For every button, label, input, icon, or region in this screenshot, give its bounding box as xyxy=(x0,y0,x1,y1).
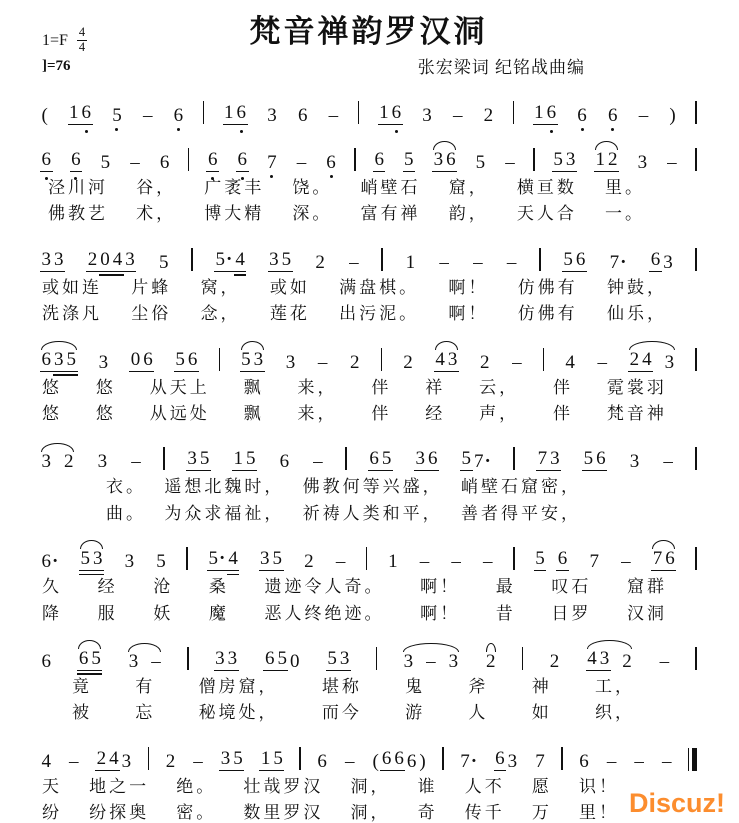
lyric-segment: 奇 xyxy=(418,803,438,823)
note: 5 xyxy=(326,649,339,671)
lyric-segment: 念， xyxy=(201,304,241,324)
note-group: – xyxy=(620,542,633,571)
note-group: 53 xyxy=(326,639,351,671)
note-group: 3–3 xyxy=(402,642,460,671)
note: 3 xyxy=(120,752,133,771)
lyric-line: 悠悠从远处飘来，伴经声，伴梵音神 xyxy=(40,404,697,424)
note: 6 xyxy=(40,150,53,172)
lyric-segment: 洞， xyxy=(351,777,391,797)
note: 6 xyxy=(606,106,619,125)
note-group: 35 xyxy=(219,739,244,771)
note-group: – xyxy=(334,542,347,571)
note: 3 xyxy=(40,250,53,272)
lyric-segment: 为众求福祉， xyxy=(164,504,284,524)
dash-note: – xyxy=(141,106,154,125)
lyric-segment: 霓裳羽 xyxy=(607,378,667,398)
lyric-line: 纷纷探奥密。数里罗汉洞，奇传千万里！ xyxy=(40,803,697,823)
lyric-segment: 梵音神 xyxy=(607,404,667,424)
note: 2 xyxy=(303,552,316,571)
lyric-segment: 妖 xyxy=(153,604,173,624)
note: 2 xyxy=(606,150,619,172)
dash-note: – xyxy=(129,153,142,172)
note: 7 xyxy=(266,153,279,172)
lyric-segment: 来， xyxy=(298,404,338,424)
note: 6 xyxy=(426,449,439,471)
note: 3 xyxy=(284,353,297,372)
note-group: ( xyxy=(40,96,49,125)
lyric-segment: 纷探奥 xyxy=(89,803,149,823)
note: 6 xyxy=(556,549,569,571)
note: 3 xyxy=(96,452,109,471)
note: 3 xyxy=(636,153,649,172)
note: 3 xyxy=(97,353,110,372)
note: 6 xyxy=(368,449,381,471)
lyric-segment: 里！ xyxy=(579,803,619,823)
note: 5 xyxy=(552,150,565,172)
lyric-line: 衣。遥想北魏时，佛教何等兴盛，峭壁石窟密， xyxy=(40,477,697,497)
note: 6 xyxy=(380,749,393,771)
note-group: 35 xyxy=(259,539,284,571)
note: 3 xyxy=(564,150,577,172)
note: 6 xyxy=(80,103,93,125)
lyric-segment: 祈祷人类和平， xyxy=(303,504,443,524)
note-group: 2 xyxy=(349,343,362,372)
note-group: 16 xyxy=(378,93,403,125)
lyric-segment: 忘 xyxy=(135,703,155,723)
lyric-segment: 曲。 xyxy=(106,504,146,524)
music-system: 33204355·4352–1–––567·63或如连片蜂窝，或如满盘棋。啊！仿… xyxy=(40,234,697,325)
note-group: 4 xyxy=(564,343,577,372)
note-group: – xyxy=(450,542,463,571)
augmentation-dot: · xyxy=(52,551,58,572)
lyric-segment: 竟 xyxy=(72,677,92,697)
barline xyxy=(695,101,697,124)
note: 3 xyxy=(268,250,281,272)
note-group: – xyxy=(605,742,618,771)
note-group: 7 xyxy=(588,542,601,571)
note: 3 xyxy=(506,752,519,771)
note: 5 xyxy=(65,350,78,372)
dash-note: – xyxy=(666,153,679,172)
note-group: – xyxy=(316,343,329,372)
note-group: 6 xyxy=(296,96,309,125)
lyric-segment: 悠 xyxy=(42,378,62,398)
lyric-segment: 谁 xyxy=(418,777,438,797)
lyric-line: 佛教艺术，博大精深。富有禅韵，天人合一。 xyxy=(40,204,697,224)
lyric-segment: 术， xyxy=(136,204,176,224)
barline xyxy=(543,348,545,371)
note-group: 73 xyxy=(536,439,561,471)
barline xyxy=(187,647,189,670)
note-group: 3 xyxy=(123,542,136,571)
note-group: 3 xyxy=(96,442,109,471)
barline xyxy=(345,447,347,470)
note-line: 665–6667–665365–53123– xyxy=(40,134,697,172)
lyric-line: 泾川河谷，广袤丰饶。峭壁石窟，横亘数里。 xyxy=(40,178,697,198)
barline xyxy=(381,248,383,271)
note-group: 6 xyxy=(578,742,591,771)
note-group: 6 xyxy=(40,642,53,671)
note: 6 xyxy=(186,350,199,372)
note-group: – xyxy=(658,642,671,671)
note: 3 xyxy=(447,652,460,671)
note-group: 6 xyxy=(236,140,249,172)
lyric-segment: 飘 xyxy=(244,404,264,424)
barline xyxy=(219,348,221,371)
note: 6 xyxy=(158,153,171,172)
note-group: ) xyxy=(668,96,677,125)
note: 1 xyxy=(404,253,417,272)
lyric-segment: 恶人终绝迹。 xyxy=(265,604,385,624)
note: 5· xyxy=(214,250,234,272)
note: 3 xyxy=(598,649,611,671)
barline xyxy=(186,547,188,570)
lyric-segment: 洗涤凡 xyxy=(42,304,102,324)
paren: ( xyxy=(371,752,380,771)
lyric-segment: 遥想北魏时， xyxy=(164,477,284,497)
note-group: – xyxy=(637,96,650,125)
barline xyxy=(695,447,697,470)
barline xyxy=(163,447,165,470)
note: 6 xyxy=(77,649,90,671)
note: 3 xyxy=(266,106,279,125)
barline xyxy=(191,248,193,271)
lyric-segment: 饶。 xyxy=(292,178,332,198)
lyric-segment: 悠 xyxy=(96,378,116,398)
note: 5 xyxy=(240,350,253,372)
lyric-segment: 数里罗汉 xyxy=(243,803,323,823)
augmentation-dot: · xyxy=(471,751,477,772)
lyric-line: 天地之一绝。壮哉罗汉洞，谁人不愿识！ xyxy=(40,777,697,797)
note: 1 xyxy=(259,749,272,771)
key-signature-block: 1=F 4 4 ]=76 xyxy=(42,26,87,75)
music-system: 323–35156–653657·73563–衣。遥想北魏时，佛教何等兴盛，峭壁… xyxy=(40,433,697,524)
note-group: 635 xyxy=(40,340,78,372)
note-group: – xyxy=(511,343,524,372)
lyric-segment: 云， xyxy=(479,378,519,398)
composer-credits: 张宏梁词 纪铭战曲编 xyxy=(40,53,697,77)
lyric-segment: 久 xyxy=(42,577,62,597)
lyric-line: 或如连片蜂窝，或如满盘棋。啊！仿佛有钟鼓， xyxy=(40,278,697,298)
note: 5 xyxy=(582,449,595,471)
note: 6 xyxy=(40,652,53,671)
note: 1 xyxy=(68,103,81,125)
note: 3 xyxy=(628,452,641,471)
note-group: – xyxy=(141,96,154,125)
note: 5 xyxy=(99,153,112,172)
lyric-segment: 仿佛有 xyxy=(518,278,578,298)
note: 3 xyxy=(124,250,137,272)
note: 5 xyxy=(232,749,245,771)
note-group: 36 xyxy=(432,140,457,172)
note: 3 xyxy=(127,652,140,671)
note-group: 3– xyxy=(127,642,162,671)
lyric-segment: 来， xyxy=(298,378,338,398)
lyric-line: 曲。为众求福祉，祈祷人类和平，善者得平安， xyxy=(40,504,697,524)
note: 2 xyxy=(63,452,76,471)
dash-note: – xyxy=(482,552,495,571)
lyric-segment: 日罗 xyxy=(551,604,591,624)
lyric-segment: 窟， xyxy=(449,178,489,198)
lyric-segment: 善者得平安， xyxy=(461,504,581,524)
note-group: 243 xyxy=(95,739,133,771)
lyric-segment: 叹石 xyxy=(551,577,591,597)
note-group: 2 xyxy=(303,542,316,571)
lyric-segment: 愿 xyxy=(532,777,552,797)
lyric-segment: 伴 xyxy=(371,404,391,424)
barline xyxy=(522,647,524,670)
note-group: – xyxy=(438,243,451,272)
note: 0 xyxy=(288,652,301,671)
augmentation-dot: · xyxy=(485,451,491,472)
note: 7 xyxy=(588,552,601,571)
augmentation-dot: · xyxy=(620,252,626,273)
lyric-segment: 僧房窟， xyxy=(199,677,279,697)
lyric-segment: 或如 xyxy=(270,278,310,298)
dash-note: – xyxy=(660,752,673,771)
note: 3 xyxy=(421,106,434,125)
note-line: 6653–33650533–322432– xyxy=(40,633,697,671)
note: 3 xyxy=(91,549,104,571)
note-group: 6 xyxy=(158,143,171,172)
note-group: 56 xyxy=(534,539,569,571)
lyric-segment: 莲花 xyxy=(270,304,310,324)
lyric-segment: 经 xyxy=(425,404,445,424)
note-group: 5 xyxy=(403,140,416,172)
lyric-segment: 里。 xyxy=(605,178,645,198)
dash-note: – xyxy=(505,253,518,272)
note-group: – xyxy=(418,542,431,571)
barline xyxy=(148,747,150,770)
dash-note: – xyxy=(450,552,463,571)
note: 5 xyxy=(272,749,285,771)
note: 3 xyxy=(414,449,427,471)
note: 6 xyxy=(296,106,309,125)
note: 6 xyxy=(278,452,291,471)
note: 1 xyxy=(533,103,546,125)
note: 6 xyxy=(236,150,249,172)
note: 2 xyxy=(402,353,415,372)
note-group: 2 xyxy=(548,642,561,671)
note: 2 xyxy=(314,253,327,272)
lyric-segment: 伴 xyxy=(371,378,391,398)
note: 5 xyxy=(174,350,187,372)
note-group: 53 xyxy=(240,340,265,372)
note-group: 2 xyxy=(479,343,492,372)
note: 0 xyxy=(129,350,142,372)
note-group: – xyxy=(660,742,673,771)
note-group: – xyxy=(130,442,143,471)
note-group: 7· xyxy=(608,243,628,272)
paren: ) xyxy=(668,106,677,125)
lyric-segment: 织， xyxy=(595,703,635,723)
note-group: (666) xyxy=(371,739,427,771)
note: 6 xyxy=(494,749,507,771)
lyric-segment: 桑 xyxy=(209,577,229,597)
note-group: 5 xyxy=(111,96,124,125)
note-group: 15 xyxy=(259,739,284,771)
lyric-segment: 伴 xyxy=(553,378,573,398)
note: 6 xyxy=(578,752,591,771)
barline xyxy=(695,647,697,670)
note: 7· xyxy=(473,452,493,471)
note-group: 56 xyxy=(174,340,199,372)
note-group: 2 xyxy=(314,243,327,272)
augmentation-dot: · xyxy=(226,249,232,270)
note: 7· xyxy=(459,752,479,771)
note: 3 xyxy=(549,449,562,471)
note-group: 12 xyxy=(594,140,619,172)
note-group: 6· xyxy=(40,542,60,571)
music-system: 63530656533–22432–4–243悠悠从天上飘来，伴祥云，伴霓裳羽悠… xyxy=(40,334,697,425)
note: 6 xyxy=(316,752,329,771)
note: 5 xyxy=(198,449,211,471)
note-group: 6 xyxy=(70,140,83,172)
paren: ) xyxy=(418,752,427,771)
note-line: (165–61636–163–21666–) xyxy=(40,87,697,125)
lyric-segment: 绝。 xyxy=(176,777,216,797)
lyric-segment: 飘 xyxy=(244,378,264,398)
note-group: 7· xyxy=(459,742,479,771)
music-system: 6653–33650533–322432–竟有僧房窟，堪称鬼斧神工，被忘秘境处，… xyxy=(40,633,697,724)
note: 3 xyxy=(40,452,53,471)
lyric-segment: 声， xyxy=(479,404,519,424)
note: 3 xyxy=(219,749,232,771)
note-group: 6 xyxy=(373,140,386,172)
note: 5 xyxy=(79,549,92,571)
note: 5 xyxy=(111,106,124,125)
note-line: 63530656533–22432–4–243 xyxy=(40,334,697,372)
note-group: – xyxy=(451,96,464,125)
note: 7 xyxy=(536,449,549,471)
note: 6 xyxy=(664,549,677,571)
barline xyxy=(539,248,541,271)
note-group: 5·4 xyxy=(207,539,239,571)
score: (165–61636–163–21666–)665–6667–665365–53… xyxy=(40,87,697,823)
note: 6 xyxy=(373,150,386,172)
note: 5 xyxy=(562,250,575,272)
note: 1 xyxy=(378,103,391,125)
note-group: 5 xyxy=(99,143,112,172)
note: 5 xyxy=(244,449,257,471)
barline xyxy=(695,148,697,171)
lyric-segment: 佛教何等兴盛， xyxy=(303,477,443,497)
lyric-segment: 降 xyxy=(42,604,62,624)
dash-note: – xyxy=(192,752,205,771)
note-group: – xyxy=(312,442,325,471)
lyric-line: 被忘秘境处，而今游人如织， xyxy=(40,703,697,723)
note-group: 3 xyxy=(421,96,434,125)
lyric-segment: 佛教艺 xyxy=(48,204,108,224)
note: 4 xyxy=(641,350,654,372)
note: 1 xyxy=(232,449,245,471)
note: 3 xyxy=(226,649,239,671)
note-group: 3 xyxy=(266,96,279,125)
lyric-segment: 斧 xyxy=(468,677,488,697)
note: 7· xyxy=(608,253,628,272)
note-line: 6·53355·4352–1–––567–76 xyxy=(40,533,697,571)
note: 5 xyxy=(403,150,416,172)
note: 6 xyxy=(206,150,219,172)
note: 3 xyxy=(252,350,265,372)
dash-note: – xyxy=(637,106,650,125)
lyric-segment: 遗迹令人奇。 xyxy=(265,577,385,597)
note-group: 7 xyxy=(534,742,547,771)
note: 4 xyxy=(586,649,599,671)
lyric-segment: 泾川河 xyxy=(48,178,108,198)
lyric-segment: 万 xyxy=(532,803,552,823)
note: 3 xyxy=(662,253,675,272)
barline xyxy=(188,148,190,171)
note-group: 76 xyxy=(651,539,676,571)
time-signature: 4 4 xyxy=(77,26,87,55)
note-group: 56 xyxy=(562,240,587,272)
note-group: 5·4 xyxy=(214,240,246,272)
lyric-segment: 汉洞 xyxy=(627,604,667,624)
note-group: 6 xyxy=(576,96,589,125)
dash-note: – xyxy=(596,353,609,372)
lyric-segment: 天人合 xyxy=(517,204,577,224)
note-group: 16 xyxy=(223,93,248,125)
note: 4 xyxy=(234,250,247,272)
lyric-segment: 密。 xyxy=(176,803,216,823)
note-group: 1 xyxy=(404,243,417,272)
note-group: 15 xyxy=(232,439,257,471)
lyric-segment: 或如连 xyxy=(42,278,102,298)
note: 2 xyxy=(628,350,641,372)
dash-note: – xyxy=(451,106,464,125)
note: 2 xyxy=(86,250,99,272)
note-group: 2 xyxy=(164,742,177,771)
note-group: – xyxy=(327,96,340,125)
note-group: – xyxy=(662,442,675,471)
lyric-segment: 仙乐， xyxy=(607,304,667,324)
note: 6 xyxy=(405,752,418,771)
lyric-segment: 尘俗 xyxy=(131,304,171,324)
lyric-line: 降服妖魔恶人终绝迹。啊！昔日罗汉洞 xyxy=(40,604,697,624)
note: 3 xyxy=(186,449,199,471)
note: 6 xyxy=(595,449,608,471)
lyric-segment: 峭壁石窟密， xyxy=(461,477,581,497)
note: 2 xyxy=(482,106,495,125)
note-group: 32 xyxy=(40,442,75,471)
barline xyxy=(376,647,378,670)
note-group: 5 xyxy=(474,143,487,172)
note: 4 xyxy=(108,749,121,771)
note: 5 xyxy=(155,552,168,571)
note: 6 xyxy=(649,250,662,272)
lyric-segment: 服 xyxy=(98,604,118,624)
dash-note: – xyxy=(662,452,675,471)
dash-note: – xyxy=(418,552,431,571)
paren: ( xyxy=(40,106,49,125)
lyric-segment: 祥 xyxy=(425,378,445,398)
lyric-segment: 人不 xyxy=(465,777,505,797)
note-group: 56 xyxy=(582,439,607,471)
note-group: 6 xyxy=(172,96,185,125)
dash-note: – xyxy=(295,153,308,172)
note-line: 323–35156–653657·73563– xyxy=(40,433,697,471)
note: 5 xyxy=(280,250,293,272)
note-group: 6 xyxy=(316,742,329,771)
note: 3 xyxy=(259,549,272,571)
note-group: 432 xyxy=(586,639,634,671)
note-group: 3 xyxy=(628,442,641,471)
sheet-music-page: 1=F 4 4 ]=76 梵音禅韵罗汉洞 张宏梁词 纪铭战曲编 (165–616… xyxy=(0,0,739,823)
note: 6 xyxy=(445,150,458,172)
dash-note: – xyxy=(348,253,361,272)
dash-note: – xyxy=(438,253,451,272)
